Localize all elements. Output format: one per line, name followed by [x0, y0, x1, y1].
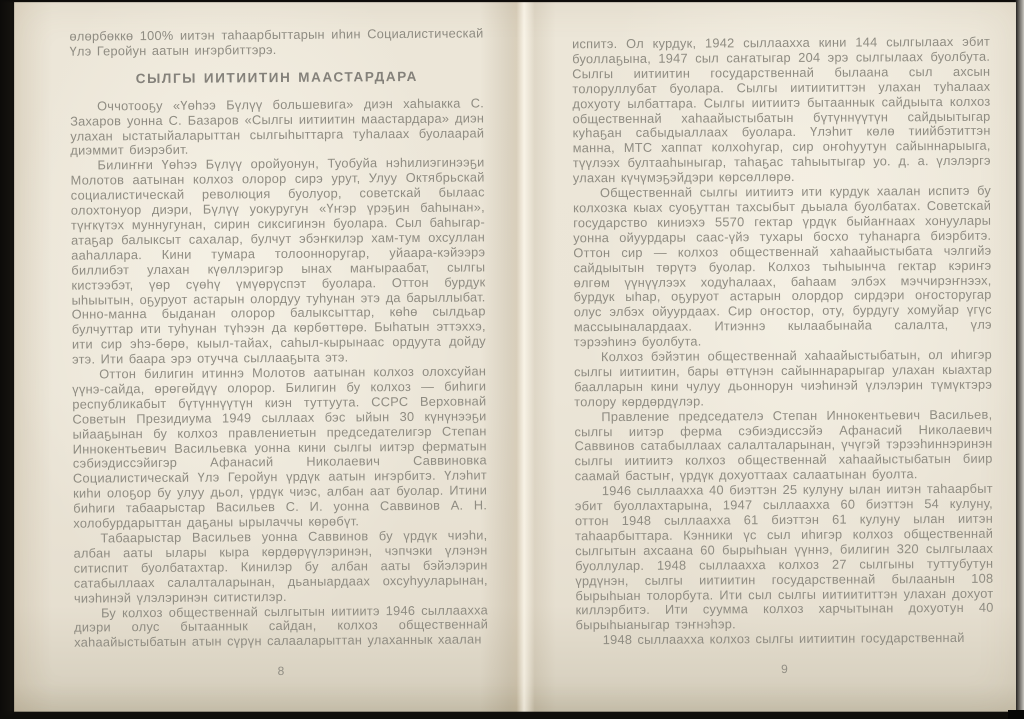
left-paragraph-1: Оччотооҕу «Үөһээ Бүлүү большевига» диэн …	[70, 96, 484, 159]
left-paragraph-2: Билиҥҥи Үөһээ Бүлүү оройуонун, Туобуйа н…	[70, 156, 486, 368]
right-paragraph-5: 1948 сыллаахха колхоз сылгы иитиитин гос…	[576, 631, 994, 648]
left-page-text-column: өлөрбөккө 100% иитэн таһаарбыттарын иһин…	[69, 26, 488, 680]
right-paragraph-1: Общественнай сылгы иитиитэ ити курдук ха…	[573, 184, 992, 351]
left-continuation-paragraph: өлөрбөккө 100% иитэн таһаарбыттарын иһин…	[69, 26, 483, 59]
book-scan: өлөрбөккө 100% иитэн таһаарбыттарын иһин…	[0, 0, 1024, 719]
page-number-right: 9	[576, 661, 994, 678]
right-page-text-column: испитэ. Ол курдук, 1942 сыллаахха кини 1…	[572, 35, 994, 679]
scan-edge-left	[0, 0, 15, 719]
scan-edge-right	[1015, 0, 1024, 719]
gutter-crease	[480, 2, 556, 712]
left-paragraph-5: Бу колхоз общественнай сылгытын иитиитэ …	[74, 603, 488, 651]
right-paragraph-4: 1946 сыллаахха 40 биэттэн 25 кулуну ылан…	[575, 482, 994, 634]
left-paragraph-3: Оттон билигин итиннэ Молотов аатынан кол…	[72, 364, 487, 531]
scan-corner-black	[1008, 710, 1024, 719]
book-spread: өлөрбөккө 100% иитэн таһаарбыттарын иһин…	[14, 2, 1016, 712]
left-paragraph-4: Табаарыстар Васильев уонна Саввинов бу ү…	[73, 528, 488, 606]
section-heading: СЫЛГЫ ИИТИИТИН МААСТАРДАРА	[70, 69, 484, 87]
right-paragraph-2: Колхоз бэйэтин общественнай хаһаайыстыба…	[574, 348, 992, 410]
right-continuation-paragraph: испитэ. Ол курдук, 1942 сыллаахха кини 1…	[572, 35, 991, 187]
scan-edge-bottom	[0, 711, 1024, 719]
right-paragraph-3: Правление председателэ Степан Иннокентье…	[574, 407, 992, 484]
scan-edge-top	[0, 0, 1024, 3]
